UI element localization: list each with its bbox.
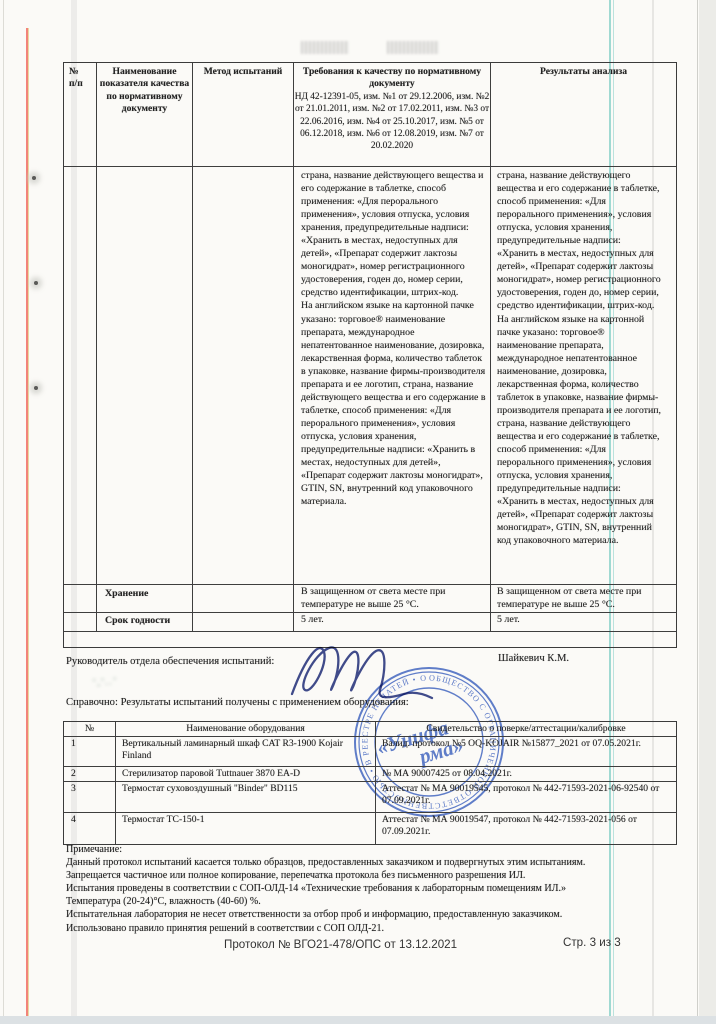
punch-dot-2 <box>34 281 38 285</box>
requirement-continuation-text: страна, название действующего вещества и… <box>294 167 491 585</box>
body-cell-indicator-empty <box>97 167 193 585</box>
page-edge-line <box>697 0 698 1018</box>
scan-line-left-grey <box>3 0 4 1018</box>
storage-method-empty <box>193 585 294 613</box>
footer-page-number: Стр. 3 из 3 <box>563 936 621 949</box>
footer-protocol-number: Протокол № ВГО21-478/ОПС от 13.12.2021 <box>224 938 457 951</box>
equip-row4-num: 4 <box>64 813 116 844</box>
shelf-result: 5 лет. <box>491 613 676 632</box>
equip-header-cert: Свидетельство о поверке/аттестации/калиб… <box>376 722 676 737</box>
equip-row3-name: Термостат суховоздушный "Binder" BD115 <box>116 782 376 813</box>
equip-row2-num: 2 <box>64 767 116 782</box>
quality-results-table: № п/п Наименование показателя качества п… <box>63 62 677 648</box>
equip-row1-name: Вертикальный ламинарный шкаф CAT R3-1900… <box>116 737 376 767</box>
notes-line-2: Запрещается частичное или полное копиров… <box>66 869 670 882</box>
notes-line-6: Использовано правило принятия решений в … <box>66 922 670 935</box>
col-header-method: Метод испытаний <box>193 63 294 167</box>
equip-row4-cert: Аттестат № МА 90019547, протокол № 442-7… <box>376 813 676 844</box>
signatory-name: Шайкевич К.М. <box>498 653 569 664</box>
punch-dot-1 <box>32 176 36 180</box>
top-smudge-1 <box>301 41 349 54</box>
equipment-table: № Наименование оборудования Свидетельств… <box>63 721 677 845</box>
equip-header-name: Наименование оборудования <box>116 722 376 737</box>
col-header-requirements: Требования к качеству по нормативному до… <box>294 63 491 167</box>
equip-row3-cert: Аттестат № МА 90019545, протокол № 442-7… <box>376 782 676 813</box>
body-cell-method-empty <box>193 167 294 585</box>
equip-row4-name: Термостат ТС-150-1 <box>116 813 376 844</box>
col-header-indicator: Наименование показателя качества по норм… <box>97 63 193 167</box>
requirements-header-nd: НД 42-12391-05, изм. №1 от 29.12.2006, и… <box>294 91 490 153</box>
notes-line-3: Испытания проведены в соответствии с СОП… <box>66 882 670 895</box>
notes-title: Примечание: <box>66 843 670 856</box>
equip-row1-cert: Валид. протокол №5 OQ-KOJAIR №15877_2021… <box>376 737 676 767</box>
equip-row3-num: 3 <box>64 782 116 813</box>
top-smudge-2 <box>387 41 439 54</box>
storage-result: В защищенном от света месте при температ… <box>491 585 676 613</box>
shelf-label: Срок годности <box>97 613 193 632</box>
scan-edge-right <box>699 0 716 1024</box>
punch-dot-3 <box>34 386 38 390</box>
notes-line-4: Температура (20-24)°С, влажность (40-60)… <box>66 895 670 908</box>
shelf-num-empty <box>64 613 97 632</box>
storage-label: Хранение <box>97 585 193 613</box>
body-cell-num-empty <box>64 167 97 585</box>
notes-line-1: Данный протокол испытаний касается тольк… <box>66 856 670 869</box>
scan-edge-bottom <box>0 1016 716 1024</box>
signatory-role-label: Руководитель отдела обеспечения испытани… <box>66 656 274 667</box>
equip-row1-num: 1 <box>64 737 116 767</box>
scan-line-yellow <box>28 28 29 1016</box>
requirements-header-title: Требования к качеству по нормативному до… <box>294 66 490 91</box>
shelf-method-empty <box>193 613 294 632</box>
col-header-results: Результаты анализа <box>491 63 676 167</box>
storage-num-empty <box>64 585 97 613</box>
notes-line-5: Испытательная лаборатория не несет ответ… <box>66 908 670 921</box>
equip-row2-cert: № МА 90007425 от 08.04.2021г. <box>376 767 676 782</box>
equip-row2-name: Стерилизатор паровой Tuttnauer 3870 EA-D <box>116 767 376 782</box>
scanned-protocol-page: ◦‸◦˯˯◦ № п/п Наименование показателя кач… <box>0 0 716 1024</box>
bleedthrough-smudge: ◦‸◦˯˯◦ <box>92 671 118 688</box>
result-continuation-text: страна, название действующего вещества и… <box>491 167 676 585</box>
storage-requirement: В защищенном от света месте при температ… <box>294 585 491 613</box>
equip-header-num: № <box>64 722 116 737</box>
col-header-num: № п/п <box>64 63 97 167</box>
shelf-requirement: 5 лет. <box>294 613 491 632</box>
notes-section: Примечание: Данный протокол испытаний ка… <box>66 843 670 935</box>
